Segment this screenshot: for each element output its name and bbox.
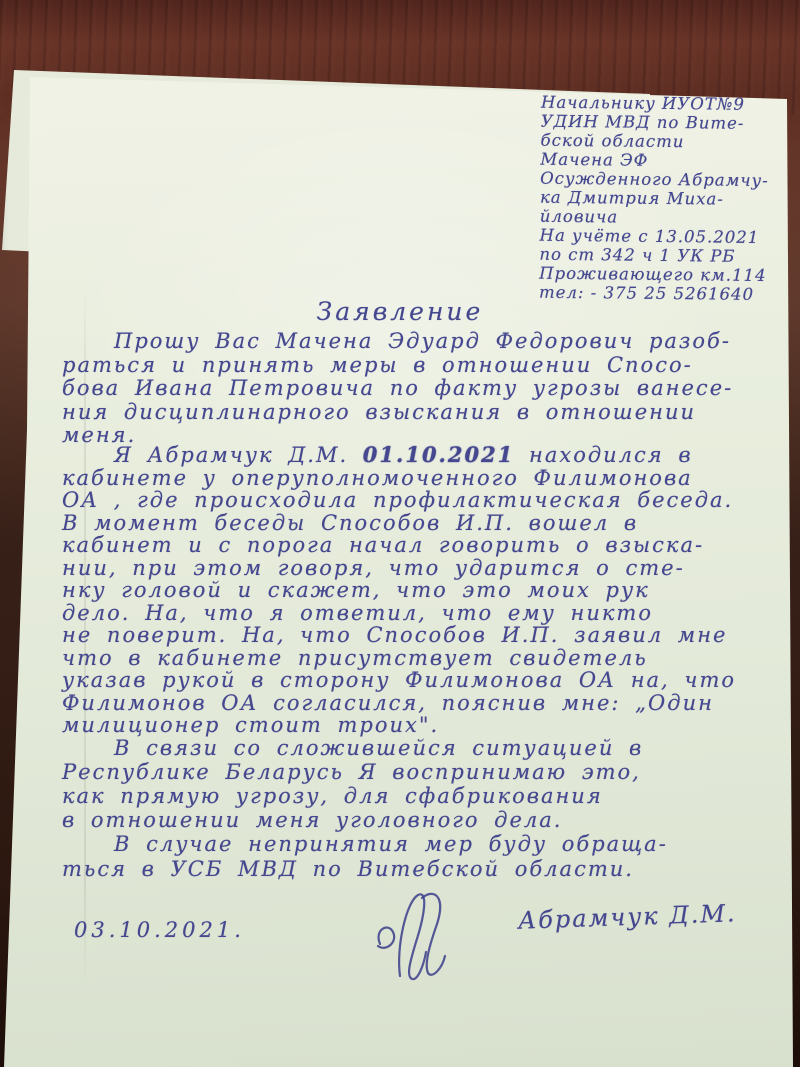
handwritten-line: раться и принять меры в отношении Спосо- [62,354,774,378]
handwritten-line: ОА , где происходила профилактическая бе… [62,489,774,512]
paragraph-2: Я Абрамчук Д.М. 01.10.2021 находился в к… [62,444,774,737]
overwritten-date: 01.10.2021 [363,442,515,467]
line-text: находился в [514,443,692,467]
handwritten-line: кабинете у оперуполномоченного Филимонов… [62,467,774,490]
handwritten-line: ния дисциплинарного взыскания в отношени… [62,401,774,425]
handwritten-line: дело. На, что я ответил, что ему никто [62,602,774,625]
handwritten-line: нии, при этом говоря, что ударится о сте… [62,557,774,580]
recipient-line: тел: - 375 25 5261640 [539,283,795,305]
paragraph-4: В случае непринятия мер буду обраща- тьс… [62,832,774,882]
paragraph-3: В связи со сложившейся ситуацией в Респу… [62,736,774,832]
handwritten-line: Прошу Вас Мачена Эдуард Федорович разоб- [62,330,774,354]
signature-icon [366,886,470,982]
handwritten-line: бова Ивана Петровича по факту угрозы ван… [62,377,774,401]
handwritten-line: нку головой и скажет, что это моих рук [62,579,774,602]
document-title: Заявление [288,297,512,326]
signature-scribble [366,886,470,982]
handwritten-line: указав рукой в сторону Филимонова ОА на,… [62,669,774,692]
handwritten-line: В связи со сложившейся ситуацией в [62,736,774,760]
handwritten-line: ться в УСБ МВД по Витебской области. [62,857,774,882]
signature-name: Абрамчук Д.М. [518,899,737,935]
handwritten-line: не поверит. На, что Способов И.П. заявил… [62,624,774,647]
photo-background: Начальнику ИУОТ№9 УДИН МВД по Вите- бско… [0,0,800,1067]
handwritten-line: в отношении меня уголовного дела. [62,808,774,832]
line-text: Я Абрамчук Д.М. [114,443,363,467]
handwritten-line: милиционер стоит троих". [62,714,774,737]
footer-date: 03.10.2021. [74,918,245,942]
handwritten-line: как прямую угрозу, для сфабрикования [62,784,774,808]
handwritten-line: кабинет и с порога начал говорить о взыс… [62,534,774,557]
paragraph-1: Прошу Вас Мачена Эдуард Федорович разоб-… [62,330,774,448]
handwritten-line: что в кабинете присутствует свидетель [62,647,774,670]
handwritten-line: В случае непринятия мер буду обраща- [62,832,774,857]
paper-sheet: Начальнику ИУОТ№9 УДИН МВД по Вите- бско… [0,0,800,1067]
handwritten-line: Филимонов ОА согласился, пояснив мне: „О… [62,692,774,715]
handwritten-line: Республике Беларусь Я воспринимаю это, [62,760,774,784]
handwritten-line: В момент беседы Способов И.П. вошел в [62,512,774,535]
handwritten-line: Я Абрамчук Д.М. 01.10.2021 находился в [62,444,774,467]
recipient-block: Начальнику ИУОТ№9 УДИН МВД по Вите- бско… [539,93,797,305]
